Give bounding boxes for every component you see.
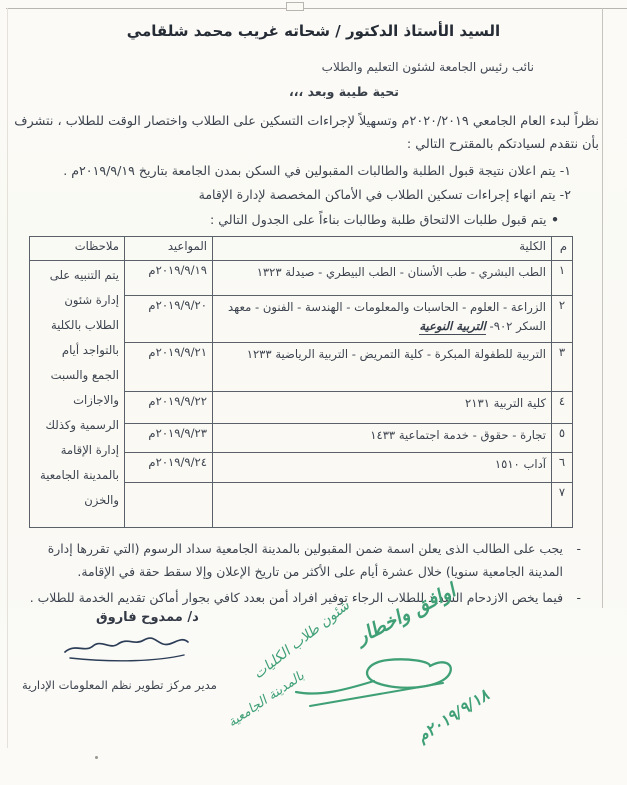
numbered-point-2: ٢- يتم انهاء إجراءات تسكين الطلاب في الأ… — [28, 183, 571, 207]
document-page: السيد الأستاذ الدكتور / شحاته غريب محمد … — [0, 0, 627, 785]
col-header-dates: المواعيد — [125, 237, 213, 261]
date-cell: ٢٠١٩/٩/٢٢م — [125, 392, 213, 424]
col-header-college: الكلية — [213, 237, 552, 261]
col-header-notes: ملاحظات — [30, 237, 125, 261]
date-cell — [125, 483, 213, 528]
row-number-cell: ٣ — [552, 343, 573, 392]
numbered-point-1: ١- يتم اعلان نتيجة قبول الطلبة والطالبات… — [28, 159, 571, 183]
intro-line-2: بأن نتقدم لسيادتكم بالمقترح التالي : — [28, 133, 599, 156]
table-intro-bullet: يتم قبول طلبات الالتحاق طلبة وطالبات بنا… — [28, 209, 559, 230]
signatory-position: مدير مركز تطوير نظم المعلومات الإدارية — [22, 678, 217, 692]
recipient-title: السيد الأستاذ الدكتور / شحاته غريب محمد … — [28, 20, 599, 42]
row-number-cell: ٧ — [552, 483, 573, 528]
handwritten-addition: التربية النوعية — [419, 319, 486, 335]
closing-points: يجب على الطالب الذى يعلن اسمة ضمن المقبو… — [28, 537, 583, 609]
college-cell: الزراعة - العلوم - الحاسبات والمعلومات -… — [213, 296, 552, 343]
letter-body: السيد الأستاذ الدكتور / شحاته غريب محمد … — [0, 0, 627, 609]
row-number-cell: ٢ — [552, 296, 573, 343]
salutation: تحية طيبة وبعد ،،، — [28, 84, 399, 100]
college-cell: تجارة - حقوق - خدمة اجتماعية ١٤٣٣ — [213, 424, 552, 453]
row-number-cell: ١ — [552, 261, 573, 296]
schedule-table: م الكلية المواعيد ملاحظات ١ الطب البشري … — [29, 236, 573, 528]
date-cell: ٢٠١٩/٩/٢١م — [125, 343, 213, 392]
intro-line-1: نظراً لبدء العام الجامعي ٢٠٢٠/٢٠١٩م وتسه… — [28, 110, 599, 133]
date-cell: ٢٠١٩/٩/٢٠م — [125, 296, 213, 343]
table-row: ١ الطب البشري - طب الأسنان - الطب البيطر… — [30, 261, 573, 296]
numbered-points: ١- يتم اعلان نتيجة قبول الطلبة والطالبات… — [28, 159, 571, 207]
signatory-signature-icon — [58, 630, 196, 670]
row-number-cell: ٥ — [552, 424, 573, 453]
date-cell: ٢٠١٩/٩/٢٤م — [125, 453, 213, 483]
scan-artifact-dot — [95, 756, 98, 759]
recipient-position: نائب رئيس الجامعة لشئون التعليم والطلاب — [28, 59, 534, 75]
notes-cell: يتم التنبيه على إدارة شئون الطلاب بالكلي… — [30, 261, 125, 528]
intro-paragraph: نظراً لبدء العام الجامعي ٢٠٢٠/٢٠١٩م وتسه… — [28, 110, 599, 156]
college-cell: آداب ١٥١٠ — [213, 453, 552, 483]
date-cell: ٢٠١٩/٩/١٩م — [125, 261, 213, 296]
college-cell — [213, 483, 552, 528]
signatory-name: د/ ممدوح فاروق — [96, 610, 199, 625]
date-cell: ٢٠١٩/٩/٢٣م — [125, 424, 213, 453]
college-cell: كلية التربية ٢١٣١ — [213, 392, 552, 424]
college-cell: الطب البشري - طب الأسنان - الطب البيطري … — [213, 261, 552, 296]
row-number-cell: ٦ — [552, 453, 573, 483]
closing-point-2: فيما يخص الازدحام الشديد للطلاب الرجاء ت… — [28, 586, 583, 609]
college-cell-text: الزراعة - العلوم - الحاسبات والمعلومات -… — [228, 300, 546, 333]
closing-point-1: يجب على الطالب الذى يعلن اسمة ضمن المقبو… — [28, 537, 583, 583]
table-header-row: م الكلية المواعيد ملاحظات — [30, 237, 573, 261]
col-header-num: م — [552, 237, 573, 261]
row-number-cell: ٤ — [552, 392, 573, 424]
college-cell: التربية للطفولة المبكرة - كلية التمريض -… — [213, 343, 552, 392]
